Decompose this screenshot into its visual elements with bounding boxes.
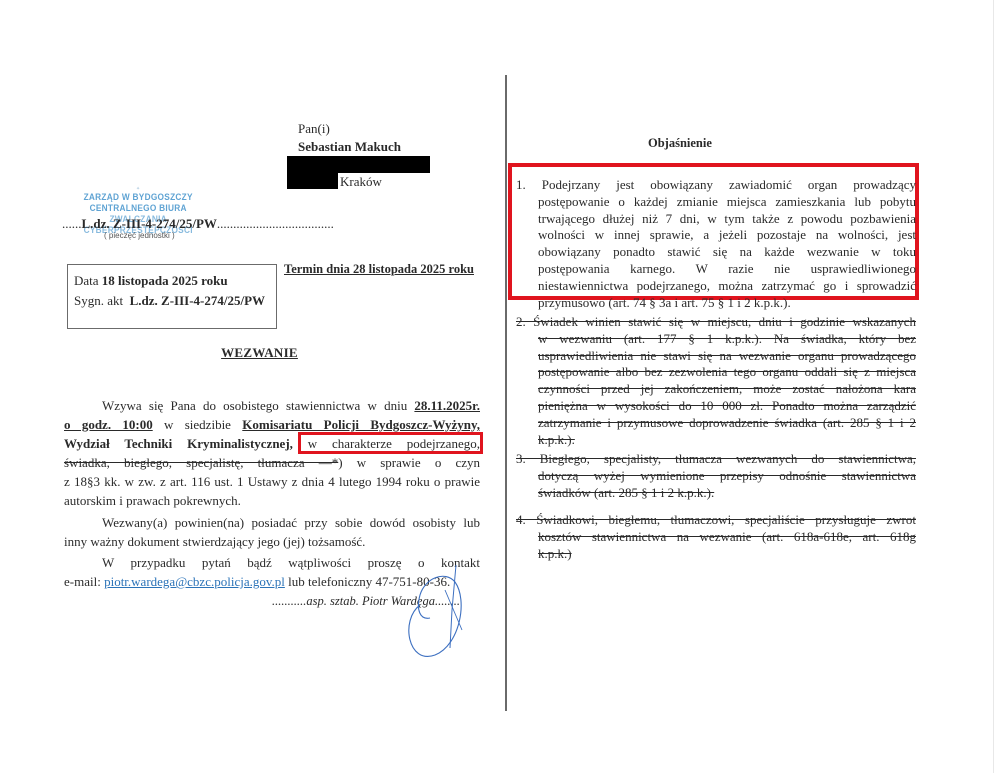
body-text: e-mail: [64,574,104,589]
body-text: ) w sprawie o czyn [338,455,480,470]
date-line: Data 18 listopada 2025 roku [74,273,228,289]
recipient-salutation: Pan(i) [298,121,330,137]
explanation-item1-line: obowiązany ponadto stawić się na każde w… [538,244,916,261]
body-line: świadka, biegłego, specjalistę, tłumacza… [64,453,480,473]
reference-number-line: ......L.dz. Z-III-4-274/25/PW...........… [62,216,334,232]
explanation-item2-line: postępowanie albo bez zezwolenia tego or… [538,364,916,381]
explanation-item2-line: 2. Świadek winien stawić się w miejscu, … [516,314,916,331]
sygn-value: L.dz. Z-III-4-274/25/PW [130,293,265,308]
explanation-item2-line: k.p.k.). [538,432,916,449]
date-box: Data 18 listopada 2025 roku Sygn. akt L.… [67,264,277,329]
explanation-item1-line: trwającego dłużej niż 7 dni, w tym także… [538,211,916,228]
body-text: w siedzibie [153,417,243,432]
title-text: WEZWANIE [221,345,298,360]
page-fold-divider [505,75,507,711]
body-line: Wzywa się Pana do osobistego stawiennict… [64,396,480,416]
explanation-item4-line: kosztów stawiennictwa na wezwanie (art. … [538,529,916,546]
redaction-bar [287,156,430,173]
role-highlight-box [298,432,483,454]
date-label: Data [74,273,99,288]
recipient-city: Kraków [340,174,382,190]
explanation-item2-line: czynności przed jej zakończeniem, może z… [538,381,916,398]
reference-dots: ...... [62,216,82,231]
summons-department: Wydział Techniki Kryminalistycznej, [64,436,293,451]
explanation-item1-line: przymusowo (art. 74 § 3a i art. 75 § 1 i… [538,295,916,312]
stamp-line: ZARZĄD W BYDGOSZCZY [60,192,216,203]
explanation-item3-line: 3. Biegłego, specjalisty, tłumacza wezwa… [516,451,916,468]
stamp-line: CENTRALNEGO BIURA [60,203,216,214]
document-title: WEZWANIE [0,345,505,361]
handwritten-signature-icon [390,560,480,660]
page-edge [993,0,994,773]
summons-location: Komisariatu Policji Bydgoszcz-Wyżyny, [242,417,480,432]
explanation-item3-line: świadków (art. 285 § 1 i 2 k.p.k.). [538,485,916,502]
explanation-item4-line: 4. Świadkowi, biegłemu, tłumaczowi, spec… [516,512,916,529]
reference-dots: .................................... [217,216,334,231]
summons-time: o godz. 10:00 [64,417,153,432]
explanation-item2-line: usprawiedliwienia nie stawi się na wezwa… [538,348,916,365]
explanation-item1-line: postępowania karnego. W razie nie uspraw… [538,261,916,278]
signature-line: Sygn. akt L.dz. Z-III-4-274/25/PW [74,293,265,309]
body-line: z 18§3 kk. w zw. z art. 116 ust. 1 Ustaw… [64,472,480,492]
struck-roles: świadka, biegłego, specjalistę, tłumacza… [64,455,338,470]
deadline: Termin dnia 28 listopada 2025 roku [284,262,474,277]
body-text: Wzywa się Pana do osobistego stawiennict… [102,398,414,413]
date-value: 18 listopada 2025 roku [102,273,228,288]
explanation-item1-line: 1. Podejrzany jest obowiązany zawiadomić… [516,177,916,194]
reference-number: L.dz. Z-III-4-274/25/PW [82,216,217,231]
body-line: autorskim i prawach pokrewnych. [64,491,480,511]
sygn-label: Sygn. akt [74,293,123,308]
explanation-item1-line: postępowanie o każdej zmianie miejsca za… [538,194,916,211]
body-text: Wezwany(a) powinien(na) posiadać przy so… [102,515,480,530]
body-line: Wezwany(a) powinien(na) posiadać przy so… [64,513,480,533]
recipient-name: Sebastian Makuch [298,139,401,155]
body-line: inny ważny dokument stwierdzający jego (… [64,532,480,552]
explanation-item2-line: pieniężna w wysokości do 10 000 zł. Pona… [538,398,916,415]
stamp-caption: ( pieczęć jednostki ) [104,231,175,240]
explanation-item1-line: wolności w innej sprawie, a jeżeli pozos… [538,227,916,244]
explanation-item2-line: w wezwaniu (art. 177 § 1 k.p.k.). Na świ… [538,331,916,348]
explanation-item1-line: niestawiennictwa podejrzanego, można zat… [538,278,916,295]
summons-date: 28.11.2025r. [414,398,480,413]
redaction-bar [287,172,338,189]
explanation-item4-line: k.p.k.) [538,546,916,563]
explanation-title: Objaśnienie [648,136,712,151]
contact-email-link[interactable]: piotr.wardega@cbzc.policja.gov.pl [104,574,285,589]
explanation-item3-line: dotyczą wyżej wymienione przepisy odnośn… [538,468,916,485]
explanation-item2-line: zatrzymanie i przymusowe doprowadzenie ś… [538,415,916,432]
